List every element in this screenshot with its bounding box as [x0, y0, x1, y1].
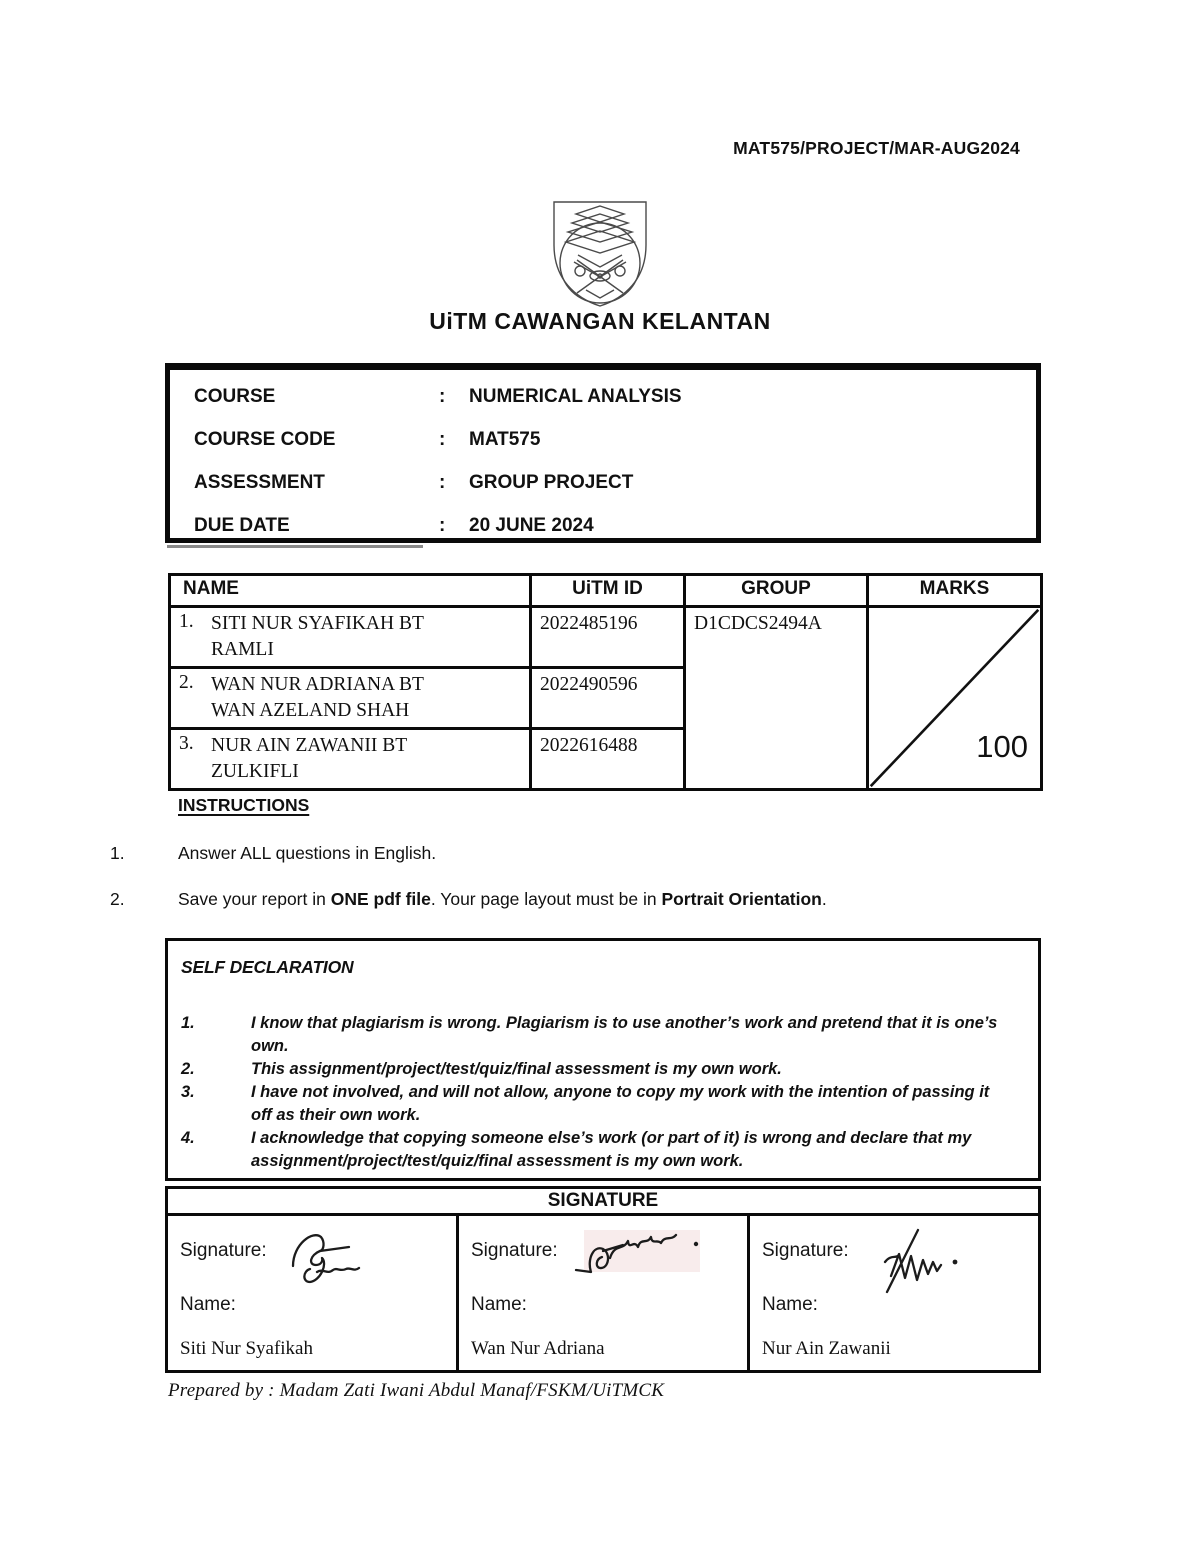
assignment-cover-page: MAT575/PROJECT/MAR-AUG2024 UiTM CAWANGAN… — [0, 0, 1200, 1553]
instruction-text: Save your report in ONE pdf file. Your p… — [178, 889, 1040, 910]
instruction-item: 1. Answer ALL questions in English. — [110, 843, 1040, 864]
member-printed-name: Wan Nur Adriana — [471, 1338, 741, 1360]
declaration-text: I have not involved, and will not allow,… — [251, 1081, 1010, 1127]
document-code: MAT575/PROJECT/MAR-AUG2024 — [733, 138, 1020, 159]
group-cell: D1CDCS2494A — [685, 607, 868, 790]
member-name-line2: RAMLI — [211, 637, 523, 663]
due-date-row: DUE DATE : 20 JUNE 2024 — [194, 515, 1036, 537]
members-header-row: NAME UiTM ID GROUP MARKS — [170, 575, 1042, 607]
declaration-item: 1. I know that plagiarism is wrong. Plag… — [181, 1012, 1010, 1058]
signature-label: Signature: — [762, 1240, 849, 1262]
signature-1-handwriting — [279, 1224, 389, 1304]
course-code-value: MAT575 — [469, 429, 1036, 451]
instruction-text: Answer ALL questions in English. — [178, 843, 1040, 864]
member-name-cell: 2. WAN NUR ADRIANA BT WAN AZELAND SHAH — [170, 668, 531, 729]
due-date-label: DUE DATE — [194, 515, 439, 537]
course-info-box: COURSE : NUMERICAL ANALYSIS COURSE CODE … — [165, 363, 1041, 543]
signature-cell-1: Signature: Name: Siti Nur Syafikah — [167, 1215, 458, 1372]
member-number: 3. — [179, 733, 211, 785]
declaration-item: 2. This assignment/project/test/quiz/fin… — [181, 1058, 1010, 1081]
member-name-line2: WAN AZELAND SHAH — [211, 698, 523, 724]
member-name-line2: ZULKIFLI — [211, 759, 523, 785]
declaration-number: 2. — [181, 1058, 251, 1081]
institution-title: UiTM CAWANGAN KELANTAN — [0, 308, 1200, 335]
uitm-logo-icon — [547, 197, 653, 309]
course-row: COURSE : NUMERICAL ANALYSIS — [194, 386, 1036, 408]
col-header-uitm-id: UiTM ID — [531, 575, 685, 607]
marks-total: 100 — [976, 731, 1028, 762]
scan-artifact-line — [167, 545, 423, 548]
self-declaration-box: SELF DECLARATION 1. I know that plagiari… — [165, 938, 1041, 1181]
member-printed-name: Nur Ain Zawanii — [762, 1338, 1032, 1360]
due-date-value: 20 JUNE 2024 — [469, 515, 1036, 537]
member-number: 1. — [179, 611, 211, 663]
member-name-line1: WAN NUR ADRIANA BT — [211, 672, 523, 698]
signature-label: Signature: — [471, 1240, 558, 1262]
member-id-cell: 2022616488 — [531, 729, 685, 790]
declaration-number: 3. — [181, 1081, 251, 1127]
signature-table: SIGNATURE Signature: Name: Siti Nur Syaf… — [165, 1186, 1041, 1373]
declaration-number: 4. — [181, 1127, 251, 1173]
due-date-colon: : — [439, 515, 469, 537]
member-number: 2. — [179, 672, 211, 724]
course-label: COURSE — [194, 386, 439, 408]
member-printed-name: Siti Nur Syafikah — [180, 1338, 450, 1360]
member-name-line1: SITI NUR SYAFIKAH BT — [211, 611, 523, 637]
signature-cell-2: Signature: Name: Wan Nur Adriana — [458, 1215, 749, 1372]
marks-cell: 100 — [868, 607, 1042, 790]
course-code-label: COURSE CODE — [194, 429, 439, 451]
course-colon: : — [439, 386, 469, 408]
member-name-line1: NUR AIN ZAWANII BT — [211, 733, 523, 759]
col-header-name: NAME — [170, 575, 531, 607]
declaration-text: This assignment/project/test/quiz/final … — [251, 1058, 1010, 1081]
signature-2-handwriting — [570, 1224, 710, 1298]
assessment-value: GROUP PROJECT — [469, 472, 1036, 494]
prepared-by-line: Prepared by : Madam Zati Iwani Abdul Man… — [168, 1380, 664, 1402]
member-row: 1. SITI NUR SYAFIKAH BT RAMLI 2022485196… — [170, 607, 1042, 668]
member-id-cell: 2022485196 — [531, 607, 685, 668]
members-table: NAME UiTM ID GROUP MARKS 1. SITI NUR SYA… — [168, 573, 1043, 791]
course-value: NUMERICAL ANALYSIS — [469, 386, 1036, 408]
instructions-heading: INSTRUCTIONS — [178, 795, 309, 816]
declaration-text: I know that plagiarism is wrong. Plagiar… — [251, 1012, 1010, 1058]
signature-header-row: SIGNATURE — [167, 1188, 1040, 1215]
declaration-text: I acknowledge that copying someone else’… — [251, 1127, 1010, 1173]
instruction-item: 2. Save your report in ONE pdf file. You… — [110, 889, 1040, 910]
signature-3-handwriting — [861, 1224, 981, 1304]
self-declaration-title: SELF DECLARATION — [181, 957, 1010, 978]
assessment-row: ASSESSMENT : GROUP PROJECT — [194, 472, 1036, 494]
course-code-colon: : — [439, 429, 469, 451]
declaration-item: 4. I acknowledge that copying someone el… — [181, 1127, 1010, 1173]
col-header-group: GROUP — [685, 575, 868, 607]
signature-cell-3: Signature: Name: Nur Ain Zawanii — [749, 1215, 1040, 1372]
course-code-row: COURSE CODE : MAT575 — [194, 429, 1036, 451]
signature-header: SIGNATURE — [167, 1188, 1040, 1215]
member-name-cell: 3. NUR AIN ZAWANII BT ZULKIFLI — [170, 729, 531, 790]
member-id-cell: 2022490596 — [531, 668, 685, 729]
assessment-label: ASSESSMENT — [194, 472, 439, 494]
instruction-number: 1. — [110, 843, 178, 864]
declaration-number: 1. — [181, 1012, 251, 1058]
declaration-item: 3. I have not involved, and will not all… — [181, 1081, 1010, 1127]
col-header-marks: MARKS — [868, 575, 1042, 607]
assessment-colon: : — [439, 472, 469, 494]
instruction-number: 2. — [110, 889, 178, 910]
signature-row: Signature: Name: Siti Nur Syafikah Signa… — [167, 1215, 1040, 1372]
member-name-cell: 1. SITI NUR SYAFIKAH BT RAMLI — [170, 607, 531, 668]
signature-label: Signature: — [180, 1240, 267, 1262]
